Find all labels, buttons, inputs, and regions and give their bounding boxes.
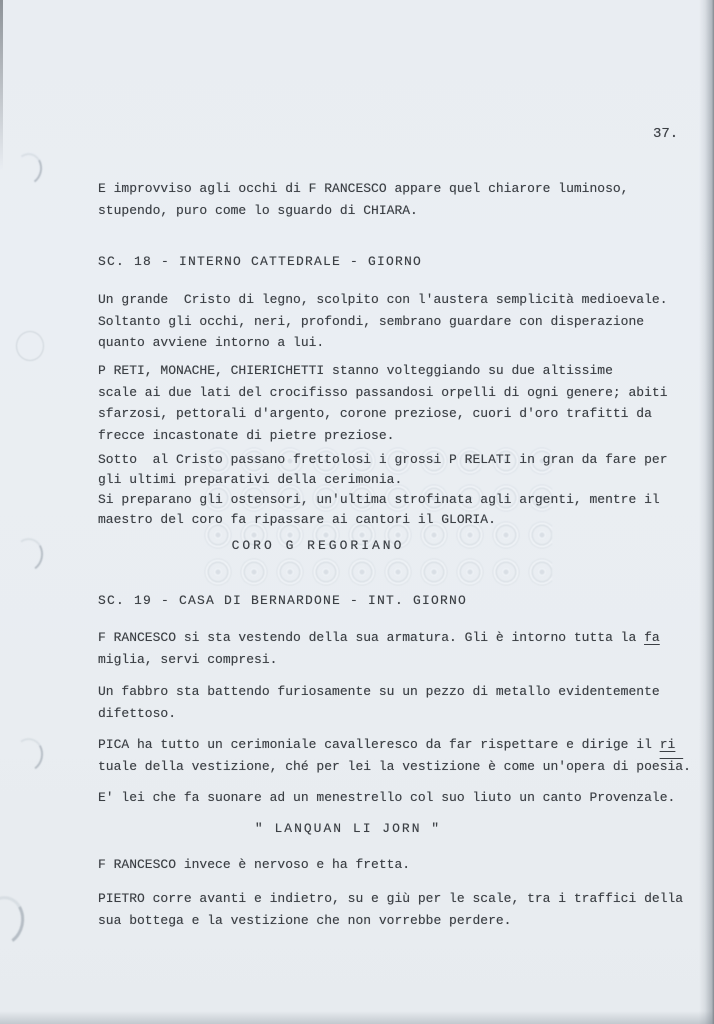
text-line: quanto avviene intorno a lui. [98,332,668,354]
punch-hole-mark [0,892,29,950]
text-line: E improvviso agli occhi di F RANCESCO ap… [98,178,629,200]
paragraph: Sotto al Cristo passano frettolosi i gro… [98,450,668,530]
paragraph: PIETRO corre avanti e indietro, su e giù… [98,888,683,931]
text-line: stupendo, puro come lo sguardo di CHIARA… [98,200,629,222]
chorus-cue: CORO G REGORIANO [98,535,538,557]
text-line: miglia, servi compresi. [98,649,660,671]
text-segment: F RANCESCO si sta vestendo della sua arm… [98,630,644,645]
text-line: Sotto al Cristo passano frettolosi i gro… [98,450,668,470]
text-line: maestro del coro fa ripassare ai cantori… [98,510,668,530]
paragraph: E' lei che fa suonare ad un menestrello … [98,787,675,809]
paragraph: E improvviso agli occhi di F RANCESCO ap… [98,178,629,221]
text-line: Si preparano gli ostensori, un'ultima st… [98,490,668,510]
text-line: tuale della vestizione, ché per lei la v… [98,756,691,778]
text-segment: PICA ha tutto un cerimoniale cavalleresc… [98,737,660,752]
paragraph: P RETI, MONACHE, CHIERICHETTI stanno vol… [98,360,668,446]
text-line: PICA ha tutto un cerimoniale cavalleresc… [98,734,691,756]
text-line: F RANCESCO si sta vestendo della sua arm… [98,627,660,649]
punch-hole-mark [11,150,45,187]
text-line: PIETRO corre avanti e indietro, su e giù… [98,888,683,910]
text-segment: . [683,759,691,774]
scene-heading-18: SC. 18 - INTERNO CATTEDRALE - GIORNO [98,251,422,273]
text-line: Soltanto gli occhi, neri, profondi, semb… [98,311,668,333]
text-line: scale ai due lati del crocifisso passand… [98,382,668,404]
paragraph: Un fabbro sta battendo furiosamente su u… [98,681,660,724]
punch-hole-mark [16,331,44,361]
text-line: sua bottega e la vestizione che non vorr… [98,910,683,932]
scan-edge-shadow-right [699,0,714,1024]
overlined-syllable: sia [660,759,683,774]
song-cue: " LANQUAN LI JORN " [98,818,598,840]
underlined-syllable: ri [660,737,676,752]
scanned-script-page: 37. E improvviso agli occhi di F RANCESC… [0,0,714,1024]
punch-hole-mark [10,735,46,774]
text-line: difettoso. [98,703,660,725]
text-line: frecce incastonate di pietre preziose. [98,425,668,447]
page-number: 37. [653,126,678,142]
scan-edge-shadow-left [0,0,3,170]
text-line: gli ultimi preparativi della cerimonia. [98,470,668,490]
scan-edge-shadow-bottom [0,1011,714,1024]
scene-heading-19: SC. 19 - CASA DI BERNARDONE - INT. GIORN… [98,590,467,612]
text-line: Un fabbro sta battendo furiosamente su u… [98,681,660,703]
punch-hole-mark [10,535,46,574]
paragraph: F RANCESCO invece è nervoso e ha fretta. [98,854,410,876]
paragraph: Un grande Cristo di legno, scolpito con … [98,289,668,354]
paragraph: PICA ha tutto un cerimoniale cavalleresc… [98,734,691,777]
paragraph: F RANCESCO si sta vestendo della sua arm… [98,627,660,670]
text-segment: tuale della vestizione, ché per lei la v… [98,759,660,774]
text-line: sfarzosi, pettorali d'argento, corone pr… [98,403,668,425]
text-line: P RETI, MONACHE, CHIERICHETTI stanno vol… [98,360,668,382]
underlined-syllable: fa [644,630,660,645]
text-line: Un grande Cristo di legno, scolpito con … [98,289,668,311]
